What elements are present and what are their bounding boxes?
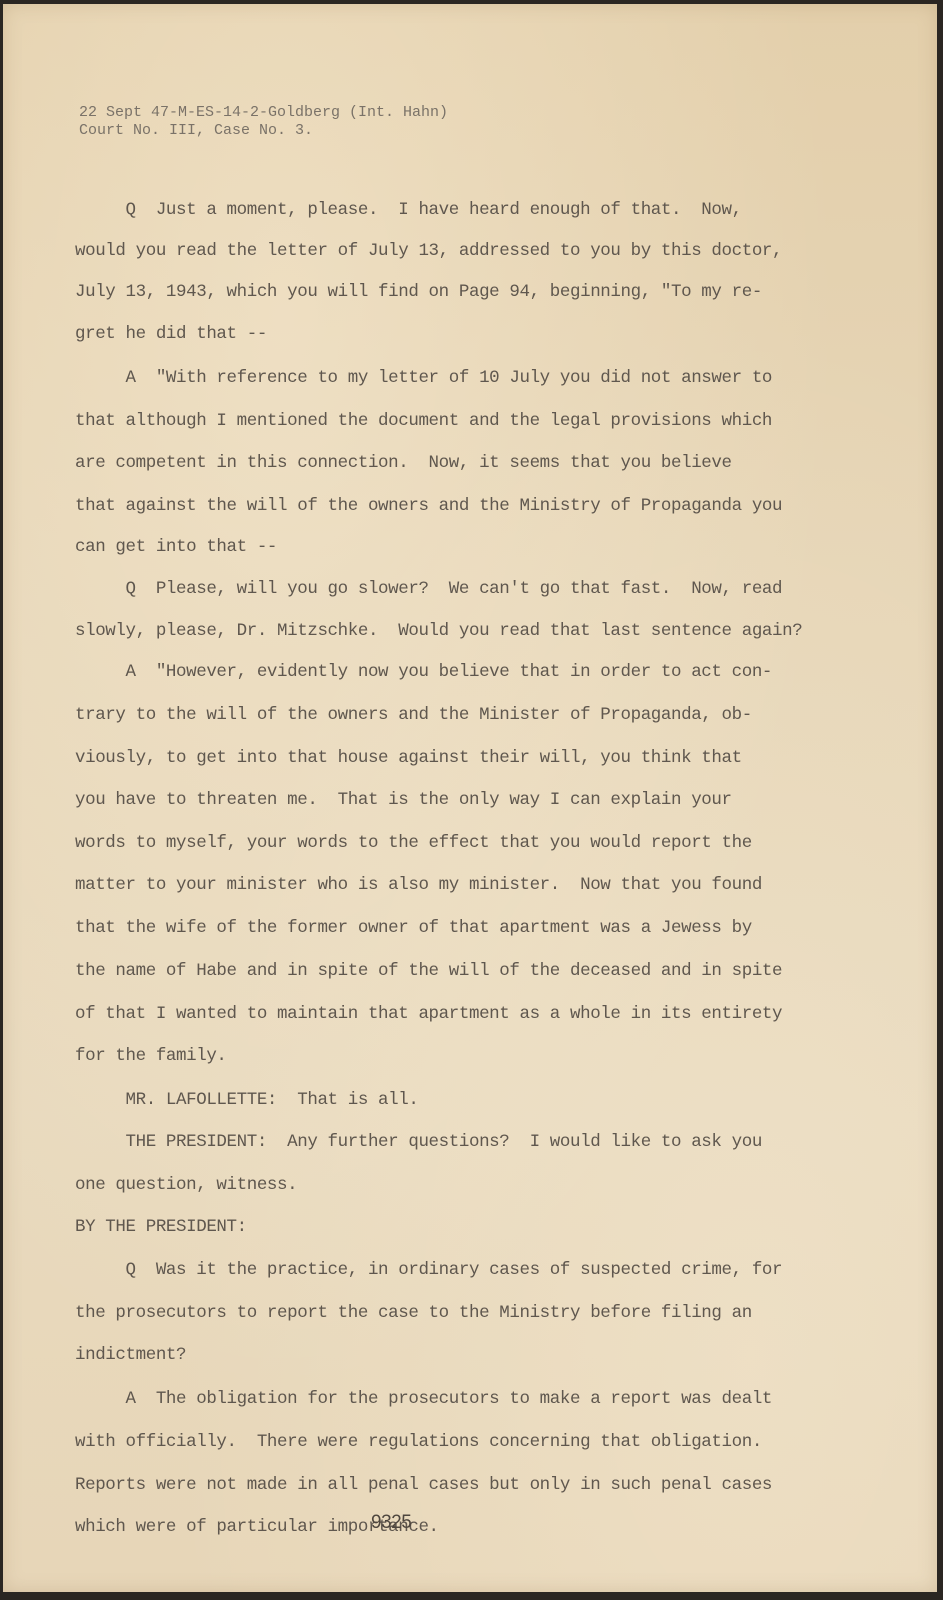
- transcript-line: that the wife of the former owner of tha…: [75, 918, 752, 938]
- transcript-line: can get into that --: [75, 537, 277, 557]
- transcript-line: MR. LAFOLLETTE: That is all.: [75, 1090, 418, 1110]
- transcript-line: you have to threaten me. That is the onl…: [75, 790, 732, 810]
- transcript-line: trary to the will of the owners and the …: [75, 705, 752, 725]
- transcript-line: Q Please, will you go slower? We can't g…: [75, 579, 782, 599]
- transcript-line: would you read the letter of July 13, ad…: [75, 241, 782, 261]
- transcript-line: that although I mentioned the document a…: [75, 411, 772, 431]
- transcript-line: matter to your minister who is also my m…: [75, 875, 762, 895]
- header-court-case-line: Court No. III, Case No. 3.: [79, 122, 313, 139]
- header-session-line: 22 Sept 47-M-ES-14-2-Goldberg (Int. Hahn…: [79, 104, 448, 121]
- page-number: 9325: [371, 1512, 411, 1534]
- transcript-line: July 13, 1943, which you will find on Pa…: [75, 282, 762, 302]
- transcript-line: gret he did that --: [75, 324, 267, 344]
- transcript-line: indictment?: [75, 1345, 186, 1365]
- transcript-line: A The obligation for the prosecutors to …: [75, 1389, 772, 1409]
- transcript-line: that against the will of the owners and …: [75, 496, 782, 516]
- transcript-line: the prosecutors to report the case to th…: [75, 1303, 752, 1323]
- transcript-line: for the family.: [75, 1046, 227, 1066]
- transcript-line: Q Just a moment, please. I have heard en…: [75, 200, 742, 220]
- transcript-line: the name of Habe and in spite of the wil…: [75, 961, 782, 981]
- transcript-line: are competent in this connection. Now, i…: [75, 453, 732, 473]
- transcript-line: THE PRESIDENT: Any further questions? I …: [75, 1132, 762, 1152]
- transcript-line: BY THE PRESIDENT:: [75, 1217, 247, 1237]
- transcript-line: with officially. There were regulations …: [75, 1432, 762, 1452]
- transcript-line: A "With reference to my letter of 10 Jul…: [75, 368, 772, 388]
- transcript-line: one question, witness.: [75, 1175, 297, 1195]
- transcript-line: of that I wanted to maintain that apartm…: [75, 1004, 782, 1024]
- transcript-line: slowly, please, Dr. Mitzschke. Would you…: [75, 621, 802, 641]
- transcript-line: A "However, evidently now you believe th…: [75, 662, 772, 682]
- transcript-line: viously, to get into that house against …: [75, 748, 742, 768]
- transcript-line: words to myself, your words to the effec…: [75, 833, 752, 853]
- document-page: 22 Sept 47-M-ES-14-2-Goldberg (Int. Hahn…: [3, 4, 937, 1592]
- transcript-line: Q Was it the practice, in ordinary cases…: [75, 1260, 782, 1280]
- transcript-line: Reports were not made in all penal cases…: [75, 1475, 772, 1495]
